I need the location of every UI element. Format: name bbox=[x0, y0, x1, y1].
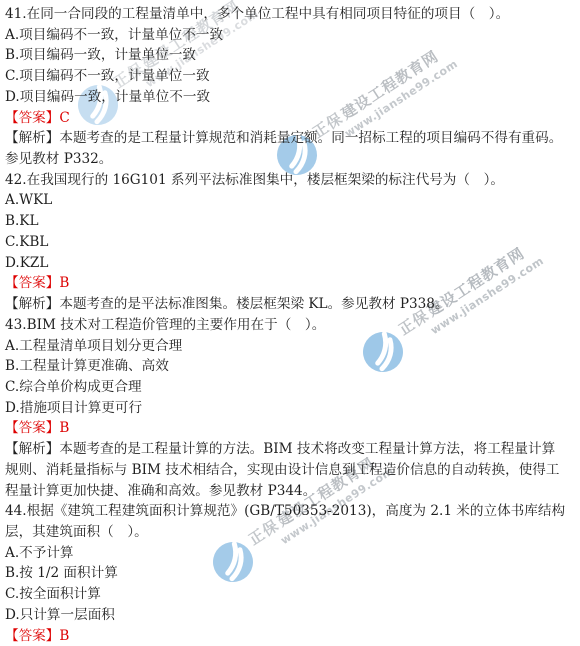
question-stem: 43.BIM 技术对工程造价管理的主要作用在于（ ）。 bbox=[5, 315, 580, 336]
answer-label: 【答案】 bbox=[5, 420, 59, 436]
answer-line: 【答案】B bbox=[5, 418, 580, 439]
answer-letter: B bbox=[59, 275, 69, 291]
analysis-line: 【解析】本题考查的是平法标准图集。楼层框架梁 KL。参见教材 P338。 bbox=[5, 294, 580, 315]
option: A.WKL bbox=[5, 190, 580, 211]
answer-letter: B bbox=[59, 420, 69, 436]
option: B.工程量计算更准确、高效 bbox=[5, 356, 580, 377]
option: C.综合单价构成更合理 bbox=[5, 377, 580, 398]
option: D.只计算一层面积 bbox=[5, 605, 580, 626]
analysis-line: 程量计算更加快捷、准确和高效。参见教材 P344。 bbox=[5, 481, 580, 502]
option: A.项目编码不一致，计量单位不一致 bbox=[5, 25, 580, 46]
answer-letter: B bbox=[59, 628, 69, 644]
question-stem: 44.根据《建筑工程建筑面积计算规范》(GB/T50353-2013)，高度为 … bbox=[5, 501, 580, 522]
option: A.不予计算 bbox=[5, 543, 580, 564]
option: C.按全面积计算 bbox=[5, 584, 580, 605]
answer-line: 【答案】C bbox=[5, 108, 580, 129]
option: B.项目编码一致，计量单位一致 bbox=[5, 45, 580, 66]
option: D.项目编码一致，计量单位不一致 bbox=[5, 87, 580, 108]
analysis-line: 规则、消耗量指标与 BIM 技术相结合，实现由设计信息到工程造价信息的自动转换，… bbox=[5, 460, 580, 481]
question-stem: 42.在我国现行的 16G101 系列平法标准图集中，楼层框架梁的标注代号为（ … bbox=[5, 170, 580, 191]
answer-label: 【答案】 bbox=[5, 275, 59, 291]
analysis-line: 参见教材 P332。 bbox=[5, 149, 580, 170]
answer-label: 【答案】 bbox=[5, 628, 59, 644]
question-list: 41.在同一合同段的工程量清单中，多个单位工程中具有相同项目特征的项目（ ）。A… bbox=[5, 4, 580, 646]
exam-answer-page: 正保建设工程教育网www.jianshe99.com正保建设工程教育网www.j… bbox=[0, 0, 580, 646]
option: C.KBL bbox=[5, 232, 580, 253]
option: C.项目编码不一致，计量单位一致 bbox=[5, 66, 580, 87]
question-stem: 层，其建筑面积（ ）。 bbox=[5, 522, 580, 543]
option: B.KL bbox=[5, 211, 580, 232]
analysis-line: 【解析】本题考查的是工程量计算规范和消耗量定额。同一招标工程的项目编码不得有重码… bbox=[5, 128, 580, 149]
answer-label: 【答案】 bbox=[5, 110, 59, 126]
answer-line: 【答案】B bbox=[5, 273, 580, 294]
option: D.KZL bbox=[5, 253, 580, 274]
option: D.措施项目计算更可行 bbox=[5, 398, 580, 419]
answer-letter: C bbox=[59, 110, 69, 126]
analysis-line: 【解析】本题考查的是工程量计算的方法。BIM 技术将改变工程量计算方法，将工程量… bbox=[5, 439, 580, 460]
answer-line: 【答案】B bbox=[5, 626, 580, 646]
option: A.工程量清单项目划分更合理 bbox=[5, 336, 580, 357]
question-stem: 41.在同一合同段的工程量清单中，多个单位工程中具有相同项目特征的项目（ ）。 bbox=[5, 4, 580, 25]
option: B.按 1/2 面积计算 bbox=[5, 563, 580, 584]
